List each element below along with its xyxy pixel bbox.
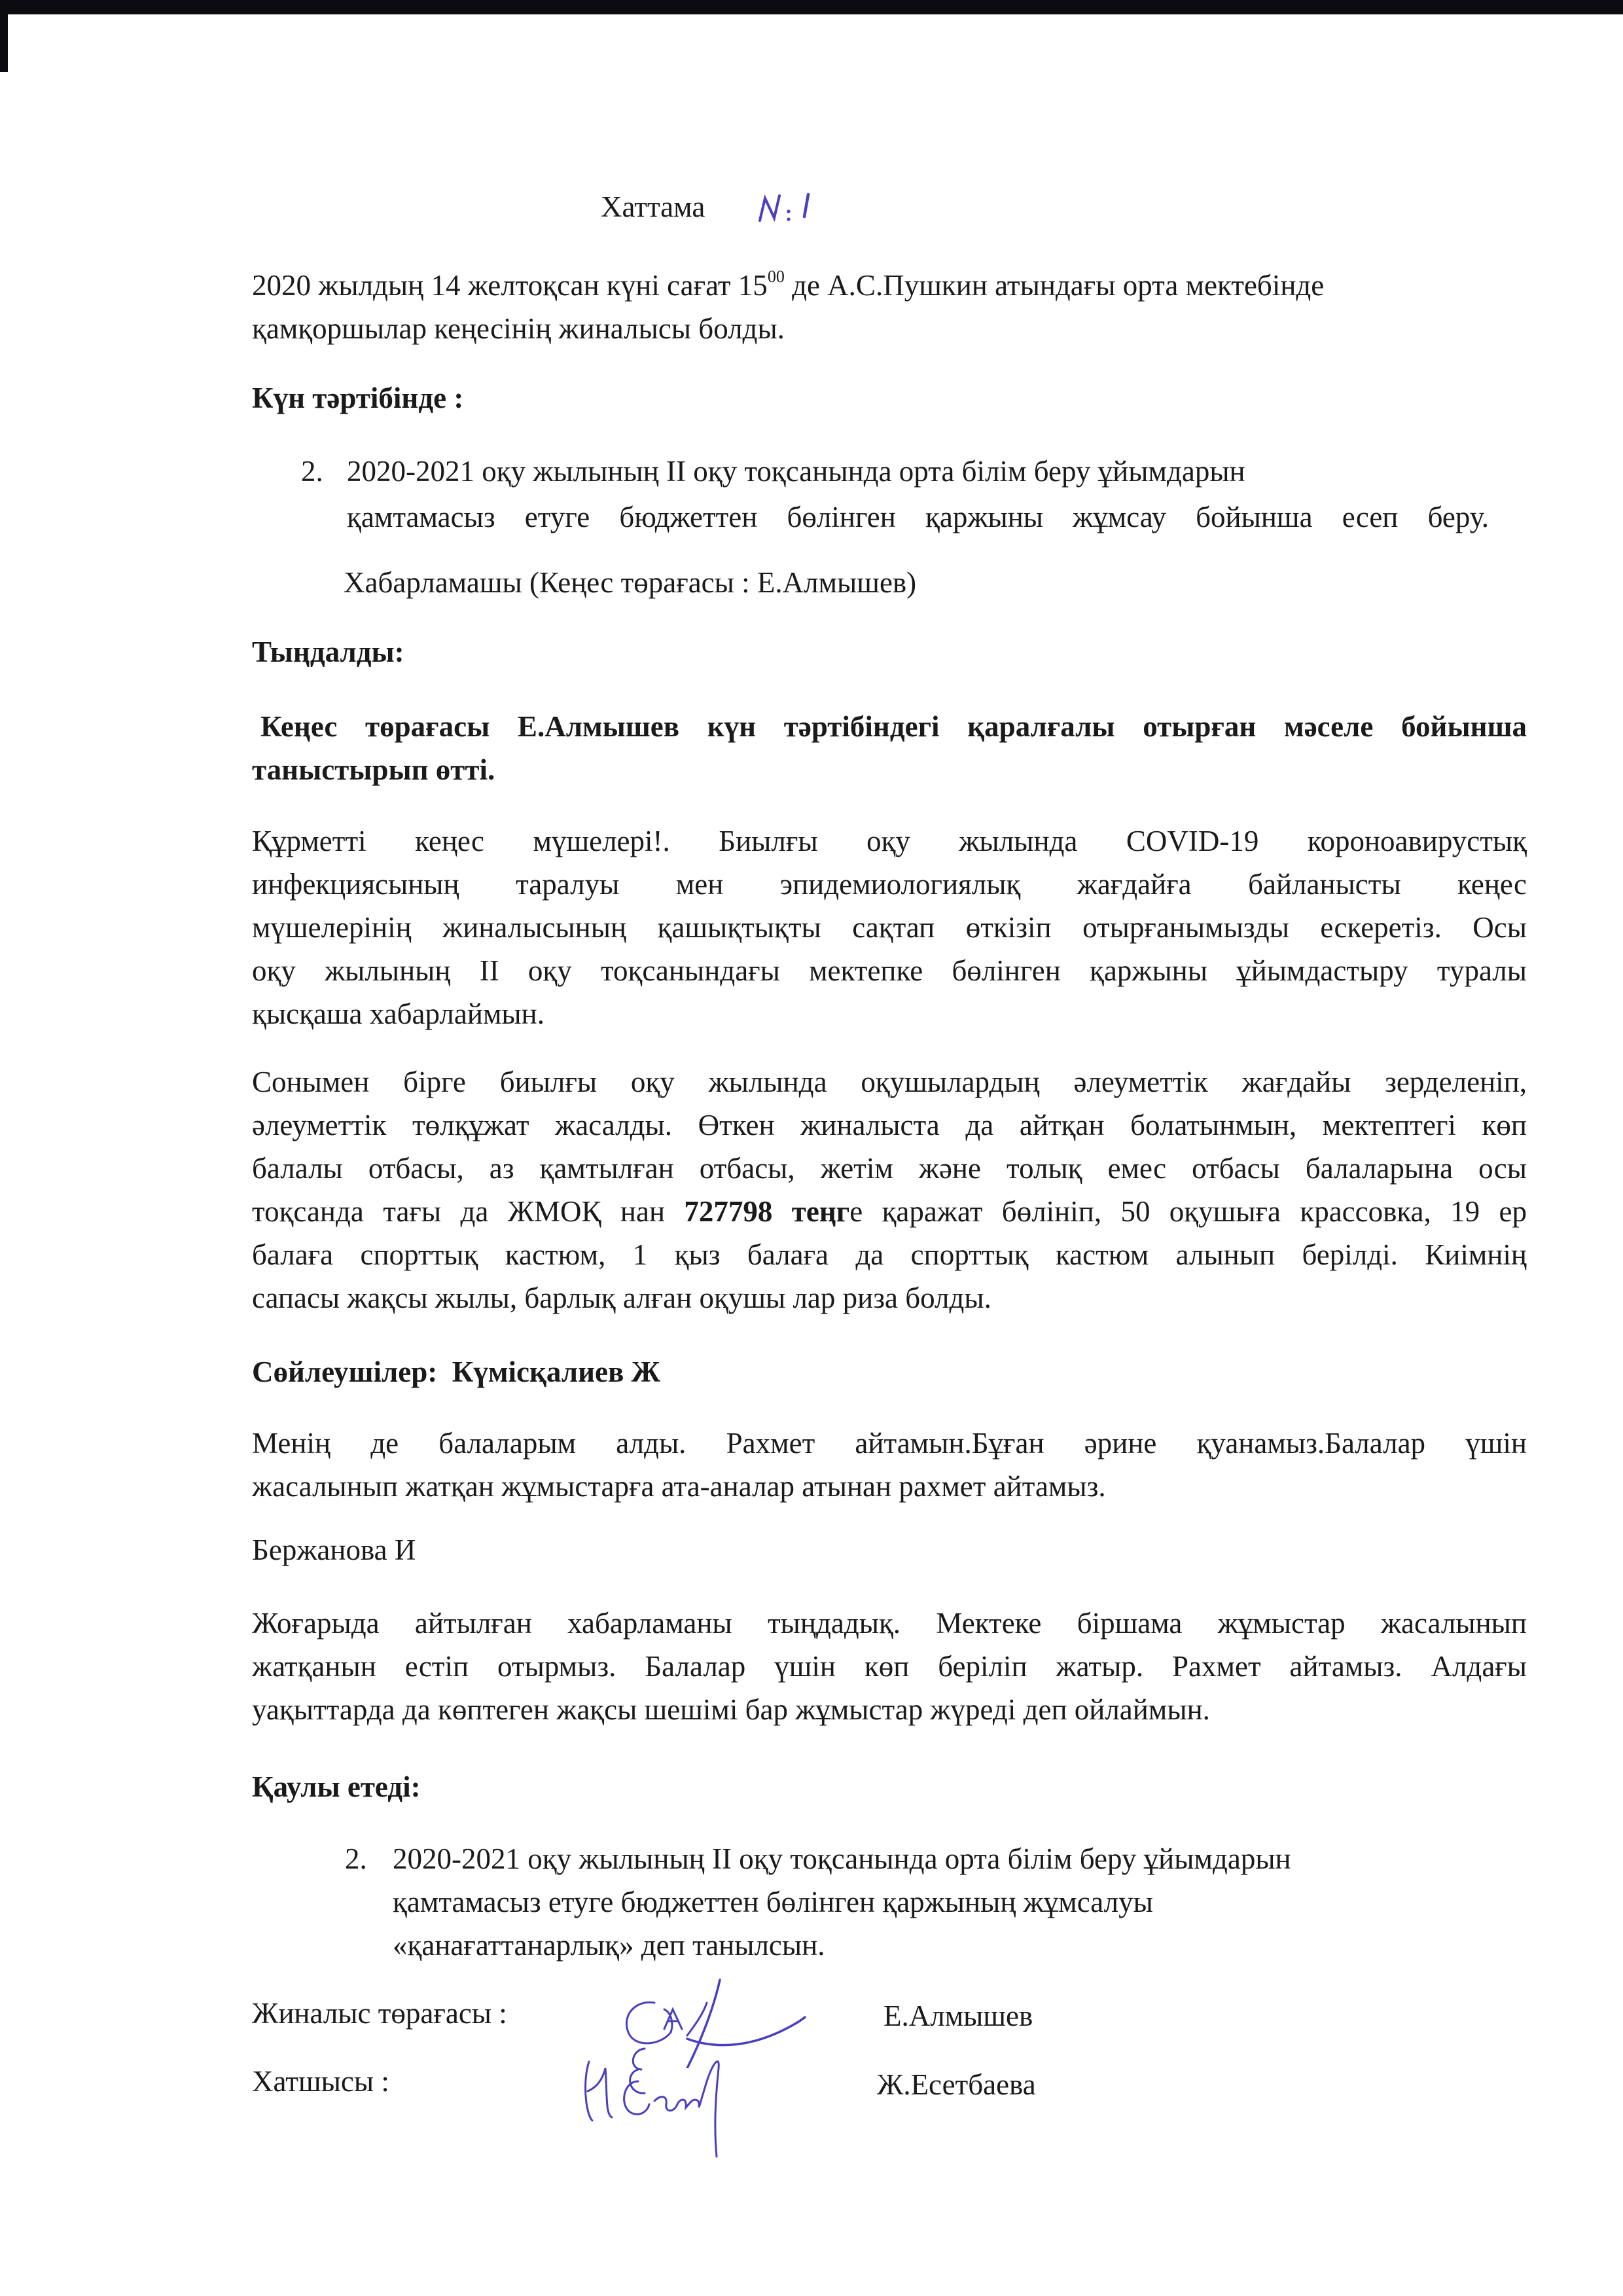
agenda-speaker: Хабарламашы (Кеңес төрағасы : Е.Алмышев) — [344, 561, 916, 604]
speaker-2-name: Бержанова И — [252, 1528, 416, 1571]
paragraph-line-funding: тоқсанда тағы да ЖМОҚ нан 727798 теңге қ… — [252, 1190, 1527, 1233]
paragraph-line: мүшелерінің жиналысының қашықтықты сақта… — [252, 906, 1527, 949]
signature-name-secretary: Ж.Есетбаева — [877, 2063, 1036, 2106]
signature-name-chair: Е.Алмышев — [883, 1994, 1033, 2037]
paragraph-line: Жоғарыда айтылған хабарламаны тыңдадық. … — [252, 1602, 1527, 1645]
paragraph-line: әлеуметтік төлқұжат жасалды. Өткен жинал… — [252, 1103, 1527, 1147]
resolution-item-number: 2. — [345, 1837, 367, 1880]
funding-text: тоқсанда тағы да ЖМОҚ нан — [252, 1195, 684, 1228]
funding-text-cont: е қаражат бөлініп, 50 оқушыға крассовка,… — [849, 1195, 1527, 1228]
paragraph-line: қысқаша хабарлаймын. — [252, 992, 1527, 1035]
paragraph-line: сапасы жақсы жылы, барлық алған оқушы ла… — [252, 1276, 1527, 1319]
paragraph-line: жатқанын естіп отырмыз. Балалар үшін көп… — [252, 1645, 1527, 1688]
paragraph-line: Құрметті кеңес мүшелері!. Биылғы оқу жыл… — [252, 819, 1527, 863]
paragraph-line: Менің де балаларым алды. Рахмет айтамын.… — [252, 1422, 1527, 1465]
paragraph-line: уақыттарда да көптеген жақсы шешімі бар … — [252, 1688, 1527, 1731]
paragraph-address: Құрметті кеңес мүшелері!. Биылғы оқу жыл… — [252, 819, 1527, 1035]
agenda-item-line-2: қамтамасыз етуге бюджеттен бөлінген қарж… — [347, 495, 1489, 539]
document-page: Хаттама 2020 жылдың 14 желтоқсан күні са… — [0, 0, 1623, 2296]
speakers-heading: Сөйлеушілер: Күмісқалиев Ж — [252, 1350, 660, 1393]
intro-line-1: 2020 жылдың 14 желтоқсан күні сағат 1500… — [252, 264, 1324, 307]
intro-text-cont: де А.С.Пушкин атындағы орта мектебінде — [785, 269, 1324, 302]
intro-text: 2020 жылдың 14 желтоқсан күні сағат 15 — [252, 269, 768, 302]
funding-amount: 727798 теңг — [684, 1195, 849, 1228]
agenda-heading: Күн тәртібінде : — [252, 376, 463, 420]
resolution-item-line-3: «қанағаттанарлық» деп танылсын. — [393, 1924, 825, 1967]
document-title: Хаттама — [601, 190, 705, 224]
speaker-2-remarks: Жоғарыда айтылған хабарламаны тыңдадық. … — [252, 1602, 1527, 1731]
paragraph-line: Сонымен бірге биылғы оқу жылында оқушыла… — [252, 1060, 1527, 1103]
intro-line-2: қамқоршылар кеңесінің жиналысы болды. — [252, 307, 785, 350]
agenda-item-number: 2. — [301, 450, 323, 493]
speaker-1-remarks: Менің де балаларым алды. Рахмет айтамын.… — [252, 1422, 1527, 1508]
paragraph-line: балалы отбасы, аз қамтылған отбасы, жеті… — [252, 1147, 1527, 1190]
secretary-signature-icon — [576, 2042, 746, 2160]
paragraph-line: жасалынып жатқан жұмыстарға ата-аналар а… — [252, 1465, 1527, 1508]
resolution-heading: Қаулы етеді: — [252, 1765, 421, 1808]
paragraph-line: инфекциясының таралуы мен эпидемиологиял… — [252, 863, 1527, 906]
resolution-item-line-2: қамтамасыз етуге бюджеттен бөлінген қарж… — [393, 1880, 1153, 1924]
paragraph-social-support: Сонымен бірге биылғы оқу жылында оқушыла… — [252, 1060, 1527, 1319]
signature-role-chair: Жиналыс төрағасы : — [252, 1992, 507, 2035]
time-superscript: 00 — [768, 267, 785, 286]
speaker-name: Күмісқалиев Ж — [452, 1355, 660, 1388]
handwritten-number-icon — [756, 187, 821, 232]
paragraph-line: оқу жылының ІІ оқу тоқсанындағы мектепке… — [252, 949, 1527, 992]
resolution-item-line-1: 2020-2021 оқу жылының ІІ оқу тоқсанында … — [393, 1837, 1291, 1880]
listened-line-1: Кеңес төрағасы Е.Алмышев күн тәртібіндег… — [260, 705, 1527, 748]
signature-role-secretary: Хатшысы : — [252, 2060, 389, 2103]
speakers-label: Сөйлеушілер: — [252, 1355, 437, 1388]
listened-heading: Тыңдалды: — [252, 630, 404, 673]
agenda-item-line-1: 2020-2021 оқу жылының ІІ оқу тоқсанында … — [347, 450, 1245, 493]
listened-line-2: таныстырып өтті. — [252, 748, 495, 791]
paragraph-line: балаға спорттық кастюм, 1 қыз балаға да … — [252, 1233, 1527, 1276]
